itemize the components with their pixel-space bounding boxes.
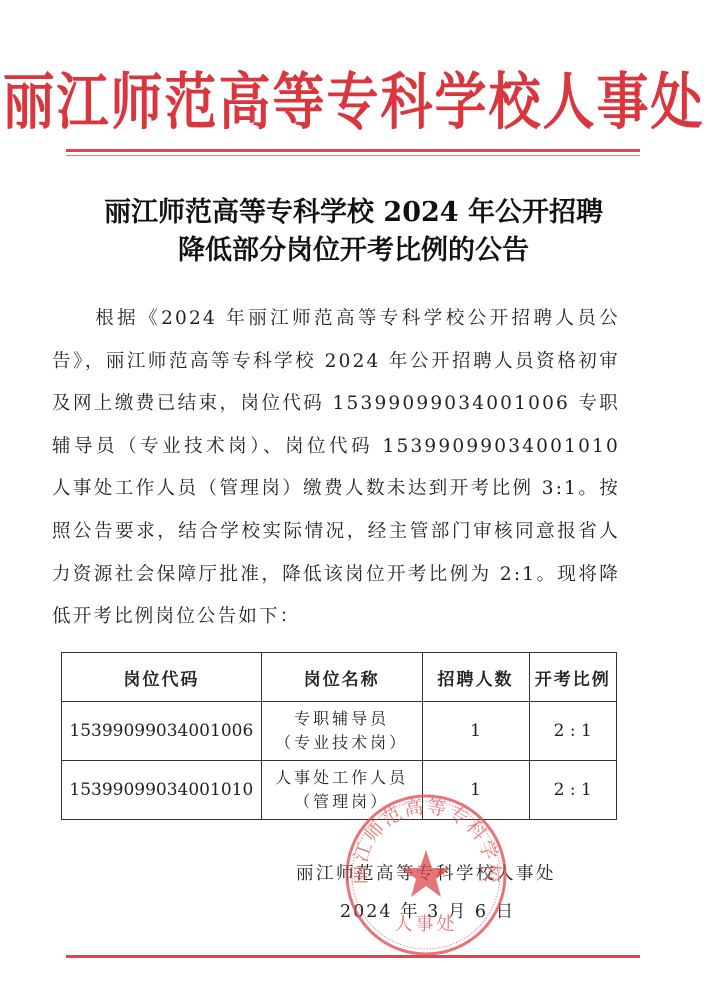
- cell-hire-count: 1: [422, 702, 529, 761]
- header-post-code: 岗位代码: [62, 653, 262, 702]
- official-seal-icon: 丽江师范高等专科学校 人事处: [343, 792, 509, 958]
- announcement-body: 根据《2024 年丽江师范高等专科学校公开招聘人员公告》，丽江师范高等专科学校 …: [52, 298, 620, 639]
- table-row: 15399099034001006 专职辅导员 （专业技术岗） 1 2 : 1: [62, 702, 617, 761]
- announcement-paragraph: 根据《2024 年丽江师范高等专科学校公开招聘人员公告》，丽江师范高等专科学校 …: [52, 308, 620, 627]
- post-name-line2: （专业技术岗）: [262, 731, 422, 755]
- letterhead-divider: [66, 149, 640, 152]
- letterhead-divider-thin: [66, 155, 640, 156]
- post-name-line1: 专职辅导员: [262, 707, 422, 731]
- cell-exam-ratio: 2 : 1: [529, 702, 617, 761]
- table-header-row: 岗位代码 岗位名称 招聘人数 开考比例: [62, 653, 617, 702]
- post-name-line1: 人事处工作人员: [262, 766, 422, 790]
- document-title-line1: 丽江师范高等专科学校 2024 年公开招聘: [0, 190, 707, 229]
- cell-post-code: 15399099034001010: [62, 761, 262, 820]
- header-exam-ratio: 开考比例: [529, 653, 617, 702]
- table-row: 15399099034001010 人事处工作人员 （管理岗） 1 2 : 1: [62, 761, 617, 820]
- positions-table: 岗位代码 岗位名称 招聘人数 开考比例 15399099034001006 专职…: [61, 652, 617, 820]
- document-title-line2: 降低部分岗位开考比例的公告: [0, 228, 707, 267]
- footer-divider: [66, 955, 640, 958]
- cell-post-code: 15399099034001006: [62, 702, 262, 761]
- header-post-name: 岗位名称: [261, 653, 422, 702]
- header-hire-count: 招聘人数: [422, 653, 529, 702]
- letterhead-title: 丽江师范高等专科学校人事处: [0, 52, 707, 141]
- cell-post-name: 专职辅导员 （专业技术岗）: [261, 702, 422, 761]
- cell-exam-ratio: 2 : 1: [529, 761, 617, 820]
- svg-text:人事处: 人事处: [395, 914, 458, 935]
